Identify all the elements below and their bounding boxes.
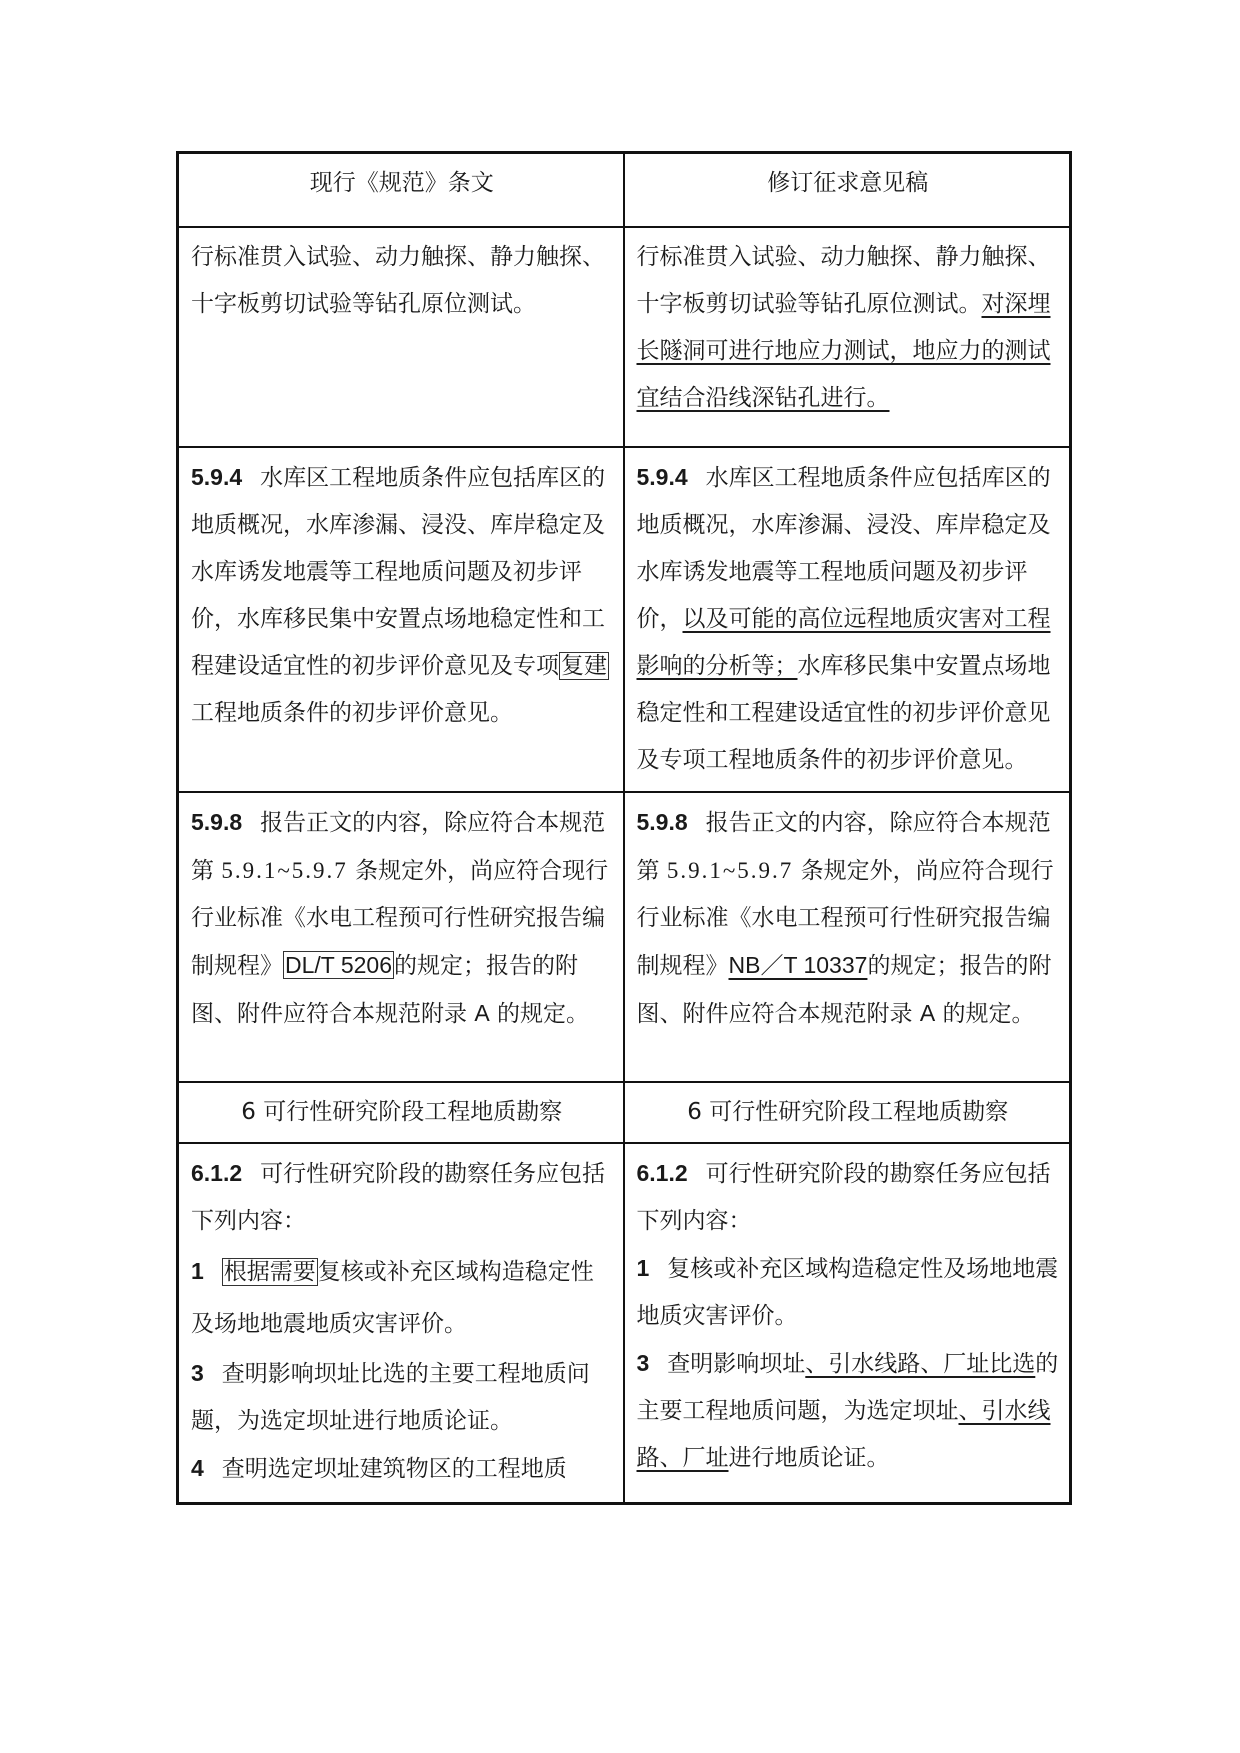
added-text: 、引水线路、厂址比选	[805, 1351, 1035, 1377]
list-item: 4查明选定坝址建筑物区的工程地质	[191, 1445, 613, 1493]
table-row: 行标准贯入试验、动力触探、静力触探、十字板剪切试验等钻孔原位测试。 行标准贯入试…	[178, 227, 1071, 447]
item-number: 1	[191, 1258, 204, 1284]
clause-text: 的规定。	[942, 1001, 1034, 1027]
section-heading: 6 可行性研究阶段工程地质勘察	[178, 1082, 624, 1143]
clause-intro: 6.1.2可行性研究阶段的勘察任务应包括下列内容：	[191, 1150, 613, 1245]
revision-cell: 5.9.4水库区工程地质条件应包括库区的地质概况，水库渗漏、浸没、库岸稳定及水库…	[624, 447, 1071, 792]
current-cell: 5.9.8报告正文的内容，除应符合本规范第 5.9.1~5.9.7 条规定外，尚…	[178, 792, 624, 1082]
header-revision-draft: 修订征求意见稿	[624, 153, 1071, 228]
item-text: 进行地质论证。	[729, 1445, 890, 1471]
current-cell: 5.9.4水库区工程地质条件应包括库区的地质概况，水库渗漏、浸没、库岸稳定及水库…	[178, 447, 624, 792]
clause-text: 可行性研究阶段的勘察任务应包括下列内容：	[191, 1161, 605, 1234]
item-text: 查明影响坝址	[667, 1351, 805, 1377]
item-number: 4	[191, 1455, 204, 1481]
item-number: 1	[637, 1255, 650, 1281]
list-item: 1复核或补充区域构造稳定性及场地地震地质灾害评价。	[637, 1245, 1060, 1340]
clause-text: 行标准贯入试验、动力触探、静力触探、十字板剪切试验等钻孔原位测试。	[191, 244, 605, 317]
deleted-text-box: 复建	[559, 652, 609, 680]
clause-text: 可行性研究阶段的勘察任务应包括下列内容：	[637, 1161, 1051, 1234]
clause-text: 水库区工程地质条件应包括库区的地质概况，水库渗漏、浸没、库岸稳定及水库诱发地震等…	[191, 465, 605, 679]
table-header-row: 现行《规范》条文 修订征求意见稿	[178, 153, 1071, 228]
current-cell: 6.1.2可行性研究阶段的勘察任务应包括下列内容： 1根据需要复核或补充区域构造…	[178, 1143, 624, 1503]
item-number: 3	[637, 1350, 650, 1376]
item-number: 3	[191, 1360, 204, 1386]
appendix-label: A	[474, 1000, 489, 1026]
clause-number: 6.1.2	[637, 1160, 688, 1186]
item-text: 查明选定坝址建筑物区的工程地质	[222, 1456, 567, 1482]
clause-number: 6.1.2	[191, 1160, 242, 1186]
revision-cell: 5.9.8报告正文的内容，除应符合本规范第 5.9.1~5.9.7 条规定外，尚…	[624, 792, 1071, 1082]
current-cell: 行标准贯入试验、动力触探、静力触探、十字板剪切试验等钻孔原位测试。	[178, 227, 624, 447]
document-page: 现行《规范》条文 修订征求意见稿 行标准贯入试验、动力触探、静力触探、十字板剪切…	[0, 0, 1240, 1753]
list-item: 3查明影响坝址比选的主要工程地质问题，为选定坝址进行地质论证。	[191, 1350, 613, 1445]
section-row: 6 可行性研究阶段工程地质勘察 6 可行性研究阶段工程地质勘察	[178, 1082, 1071, 1143]
clause-number: 5.9.4	[637, 464, 688, 490]
added-standard: NB／T 10337	[729, 952, 868, 978]
item-text: 查明影响坝址比选的主要工程地质问题，为选定坝址进行地质论证。	[191, 1361, 590, 1434]
table-row: 5.9.8报告正文的内容，除应符合本规范第 5.9.1~5.9.7 条规定外，尚…	[178, 792, 1071, 1082]
clause-range: 5.9.1~5.9.7	[221, 858, 347, 883]
clause-text: 工程地质条件的初步评价意见。	[191, 700, 513, 726]
table-row: 5.9.4水库区工程地质条件应包括库区的地质概况，水库渗漏、浸没、库岸稳定及水库…	[178, 447, 1071, 792]
clause-number: 5.9.8	[637, 809, 688, 835]
clause-number: 5.9.4	[191, 464, 242, 490]
header-current-clause: 现行《规范》条文	[178, 153, 624, 228]
appendix-label: A	[920, 1000, 935, 1026]
revision-cell: 行标准贯入试验、动力触探、静力触探、十字板剪切试验等钻孔原位测试。对深埋长隧洞可…	[624, 227, 1071, 447]
revision-cell: 6.1.2可行性研究阶段的勘察任务应包括下列内容： 1复核或补充区域构造稳定性及…	[624, 1143, 1071, 1503]
list-item: 1根据需要复核或补充区域构造稳定性及场地地震地质灾害评价。	[191, 1245, 613, 1350]
list-item: 3查明影响坝址、引水线路、厂址比选的主要工程地质问题，为选定坝址、引水线路、厂址…	[637, 1340, 1060, 1482]
clause-number: 5.9.8	[191, 809, 242, 835]
deleted-standard-box: DL/T 5206	[283, 951, 394, 979]
table-row: 6.1.2可行性研究阶段的勘察任务应包括下列内容： 1根据需要复核或补充区域构造…	[178, 1143, 1071, 1503]
comparison-table: 现行《规范》条文 修订征求意见稿 行标准贯入试验、动力触探、静力触探、十字板剪切…	[176, 151, 1072, 1505]
deleted-text-box: 根据需要	[222, 1258, 318, 1286]
clause-range: 5.9.1~5.9.7	[667, 858, 793, 883]
clause-text: 的规定。	[497, 1001, 589, 1027]
section-heading: 6 可行性研究阶段工程地质勘察	[624, 1082, 1071, 1143]
item-text: 复核或补充区域构造稳定性及场地地震地质灾害评价。	[637, 1256, 1059, 1329]
clause-intro: 6.1.2可行性研究阶段的勘察任务应包括下列内容：	[637, 1150, 1060, 1245]
